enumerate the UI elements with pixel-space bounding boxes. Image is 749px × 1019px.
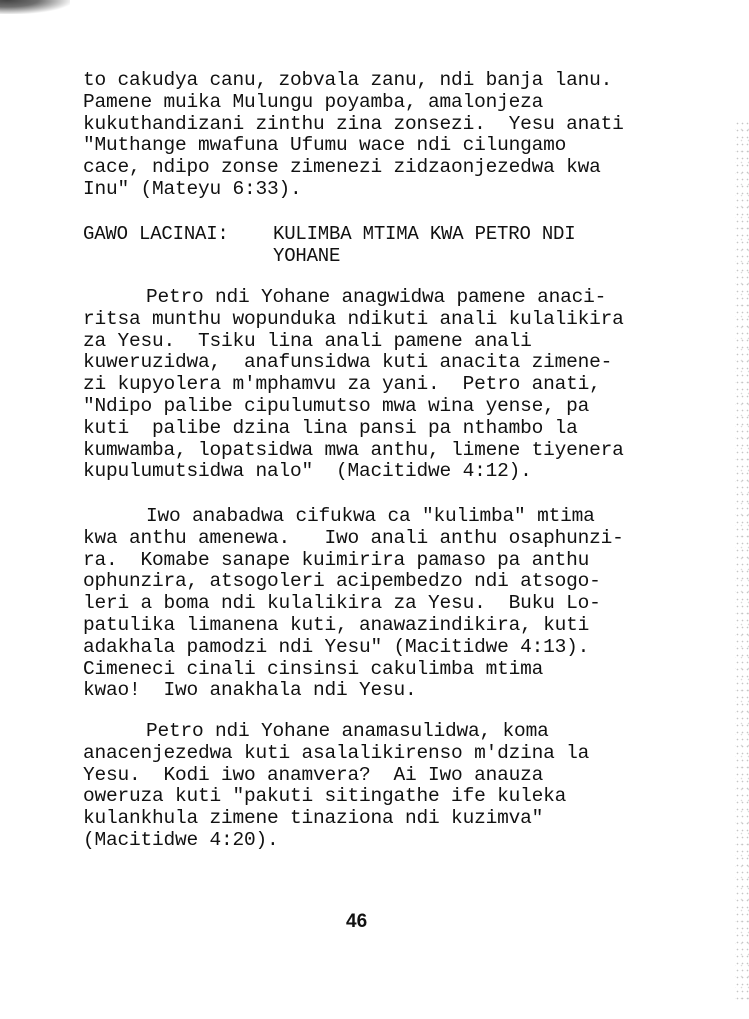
text-line: kukuthandizani zinthu zina zonsezi. Yesu… bbox=[83, 114, 703, 136]
text-line: ophunzira, atsogoleri acipembedzo ndi at… bbox=[83, 571, 703, 593]
paragraph-4: Petro ndi Yohane anamasulidwa, koma anac… bbox=[83, 721, 703, 852]
section-label: GAWO LACINAI: bbox=[83, 224, 273, 246]
text-line: anacenjezedwa kuti asalalikirenso m'dzin… bbox=[83, 743, 703, 765]
text-line: to cakudya canu, zobvala zanu, ndi banja… bbox=[83, 70, 703, 92]
text-line: ritsa munthu wopunduka ndikuti anali kul… bbox=[83, 309, 703, 331]
text-line: kwa anthu amenewa. Iwo anali anthu osaph… bbox=[83, 528, 703, 550]
text-line: ra. Komabe sanape kuimirira pamaso pa an… bbox=[83, 550, 703, 572]
text-line: leri a boma ndi kulalikira za Yesu. Buku… bbox=[83, 593, 703, 615]
scan-corner-smudge bbox=[0, 0, 70, 14]
paragraph-2: Petro ndi Yohane anagwidwa pamene anaci-… bbox=[83, 287, 703, 483]
text-line: za Yesu. Tsiku lina anali pamene anali bbox=[83, 331, 703, 353]
section-title: KULIMBA MTIMA KWA PETRO NDI bbox=[273, 223, 575, 245]
text-line: Inu" (Mateyu 6:33). bbox=[83, 179, 703, 201]
section-heading: GAWO LACINAI:KULIMBA MTIMA KWA PETRO NDI… bbox=[83, 224, 703, 268]
paragraph-3: Iwo anabadwa cifukwa ca "kulimba" mtima … bbox=[83, 506, 703, 702]
text-line: kulankhula zimene tinaziona ndi kuzimva" bbox=[83, 808, 703, 830]
text-line: patulika limanena kuti, anawazindikira, … bbox=[83, 615, 703, 637]
scanned-document-page: to cakudya canu, zobvala zanu, ndi banja… bbox=[0, 0, 749, 1019]
text-line: cace, ndipo zonse zimenezi zidzaonjezedw… bbox=[83, 157, 703, 179]
text-line: adakhala pamodzi ndi Yesu" (Macitidwe 4:… bbox=[83, 637, 703, 659]
text-line: kuweruzidwa, anafunsidwa kuti anacita zi… bbox=[83, 352, 703, 374]
heading-line: GAWO LACINAI:KULIMBA MTIMA KWA PETRO NDI bbox=[83, 224, 703, 246]
text-line: Pamene muika Mulungu poyamba, amalonjeza bbox=[83, 92, 703, 114]
text-line: kupulumutsidwa nalo" (Macitidwe 4:12). bbox=[83, 461, 703, 483]
text-line: "Muthange mwafuna Ufumu wace ndi cilunga… bbox=[83, 135, 703, 157]
text-line: kwao! Iwo anakhala ndi Yesu. bbox=[83, 680, 703, 702]
scan-edge-speckle bbox=[735, 120, 749, 1000]
text-line: "Ndipo palibe cipulumutso mwa wina yense… bbox=[83, 396, 703, 418]
text-line: Iwo anabadwa cifukwa ca "kulimba" mtima bbox=[83, 506, 703, 528]
text-line: zi kupyolera m'mphamvu za yani. Petro an… bbox=[83, 374, 703, 396]
text-line: kumwamba, lopatsidwa mwa anthu, limene t… bbox=[83, 440, 703, 462]
paragraph-1: to cakudya canu, zobvala zanu, ndi banja… bbox=[83, 70, 703, 201]
text-line: kuti palibe dzina lina pansi pa nthambo … bbox=[83, 418, 703, 440]
section-title-continued: YOHANE bbox=[83, 246, 703, 268]
page-number: 46 bbox=[346, 911, 367, 933]
text-line: Cimeneci cinali cinsinsi cakulimba mtima bbox=[83, 659, 703, 681]
text-line: Yesu. Kodi iwo anamvera? Ai Iwo anauza bbox=[83, 765, 703, 787]
text-line: oweruza kuti "pakuti sitingathe ife kule… bbox=[83, 786, 703, 808]
text-line: Petro ndi Yohane anagwidwa pamene anaci- bbox=[83, 287, 703, 309]
text-line: (Macitidwe 4:20). bbox=[83, 830, 703, 852]
text-line: Petro ndi Yohane anamasulidwa, koma bbox=[83, 721, 703, 743]
